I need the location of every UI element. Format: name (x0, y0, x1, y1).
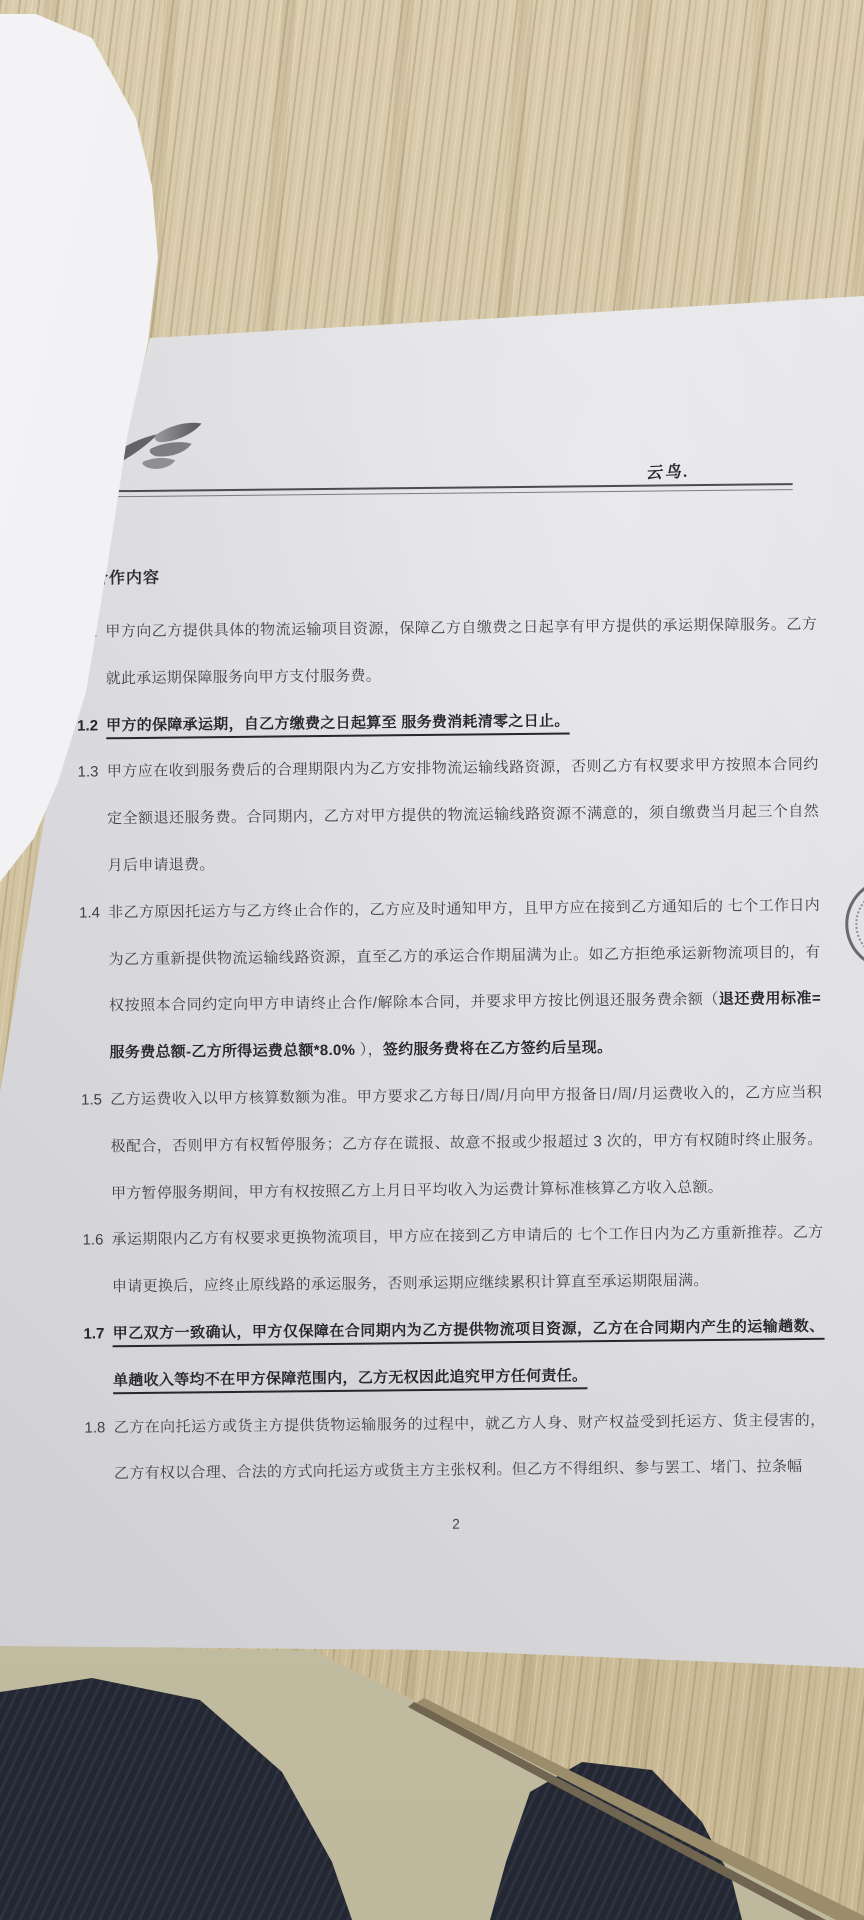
brand-wordmark: 云鸟. (645, 458, 691, 483)
clause-1.5: 1.5乙方运费收入以甲方核算数额为准。甲方要求乙方每日/周/月向甲方报备日/周/… (81, 1070, 823, 1218)
clause-number: 1.8 (84, 1405, 113, 1452)
clause-number: 1.5 (81, 1077, 110, 1124)
clause-1.7: 1.7甲乙双方一致确认，甲方仅保障在合同期内为乙方提供物流项目资源，乙方在合同期… (83, 1304, 825, 1405)
clause-1.8: 1.8乙方在向托运方或货主方提供货物运输服务的过程中，就乙方人身、财产权益受到托… (84, 1397, 826, 1498)
clause-text-segment: 承运期限内乙方有权要求更换物流项目，甲方应在接到乙方申请后的 七个工作日内为乙方… (111, 1224, 823, 1295)
clause-text-segment: 甲方向乙方提供具体的物流运输项目资源，保障乙方自缴费之日起享有甲方提供的承运期保… (105, 616, 817, 687)
clause-1.1: 1.1甲方向乙方提供具体的物流运输项目资源，保障乙方自缴费之日起享有甲方提供的承… (76, 602, 818, 703)
clause-text-segment: 非乙方原因托运方与乙方终止合作的，乙方应及时通知甲方，且甲方应在接到乙方通知后的… (108, 897, 821, 1015)
clause-number: 1.7 (83, 1311, 112, 1358)
clause-1.6: 1.6承运期限内乙方有权要求更换物流项目，甲方应在接到乙方申请后的 七个工作日内… (82, 1210, 824, 1311)
clause-text-segment: 乙方在向托运方或货主方提供货物运输服务的过程中，就乙方人身、财产权益受到托运方、… (113, 1411, 825, 1482)
clause-text-segment: 甲乙双方一致确认，甲方仅保障在合同期内为乙方提供物流项目资源，乙方在合同期内产生… (112, 1318, 824, 1389)
clauses: 1.1甲方向乙方提供具体的物流运输项目资源，保障乙方自缴费之日起享有甲方提供的承… (76, 602, 826, 1499)
clause-text-segment: 签约服务费将在乙方签约后呈现。 (383, 1039, 613, 1058)
clause-text-segment: ）， (355, 1042, 383, 1059)
clause-number: 1.3 (77, 750, 106, 797)
clause-number: 1.4 (79, 890, 108, 937)
clause-1.4: 1.4非乙方原因托运方与乙方终止合作的，乙方应及时通知甲方，且甲方应在接到乙方通… (79, 883, 822, 1078)
photo-of-contract-page: 云鸟. 1.合作内容 1.1甲方向乙方提供具体的物流运输项目资源，保障乙方自缴费… (0, 0, 864, 1920)
clause-1.2: 1.2甲方的保障承运期，自乙方缴费之日起算至 服务费消耗清零之日止。 (77, 695, 818, 750)
clause-number: 1.6 (82, 1218, 111, 1265)
clause-number: 1.2 (77, 703, 106, 750)
clause-text-segment: 乙方运费收入以甲方核算数额为准。甲方要求乙方每日/周/月向甲方报备日/周/月运费… (110, 1084, 823, 1202)
clause-text-segment: 甲方的保障承运期，自乙方缴费之日起算至 服务费消耗清零之日止。 (106, 712, 570, 734)
clause-text-segment: 甲方应在收到服务费后的合理期限内为乙方安排物流运输线路资源，否则乙方有权要求甲方… (107, 756, 820, 874)
partial-round-seal-icon (845, 878, 864, 971)
clause-1.3: 1.3甲方应在收到服务费后的合理期限内为乙方安排物流运输线路资源，否则乙方有权要… (77, 742, 819, 890)
header-rule-thick (75, 483, 793, 493)
page-number: 2 (85, 1512, 826, 1536)
